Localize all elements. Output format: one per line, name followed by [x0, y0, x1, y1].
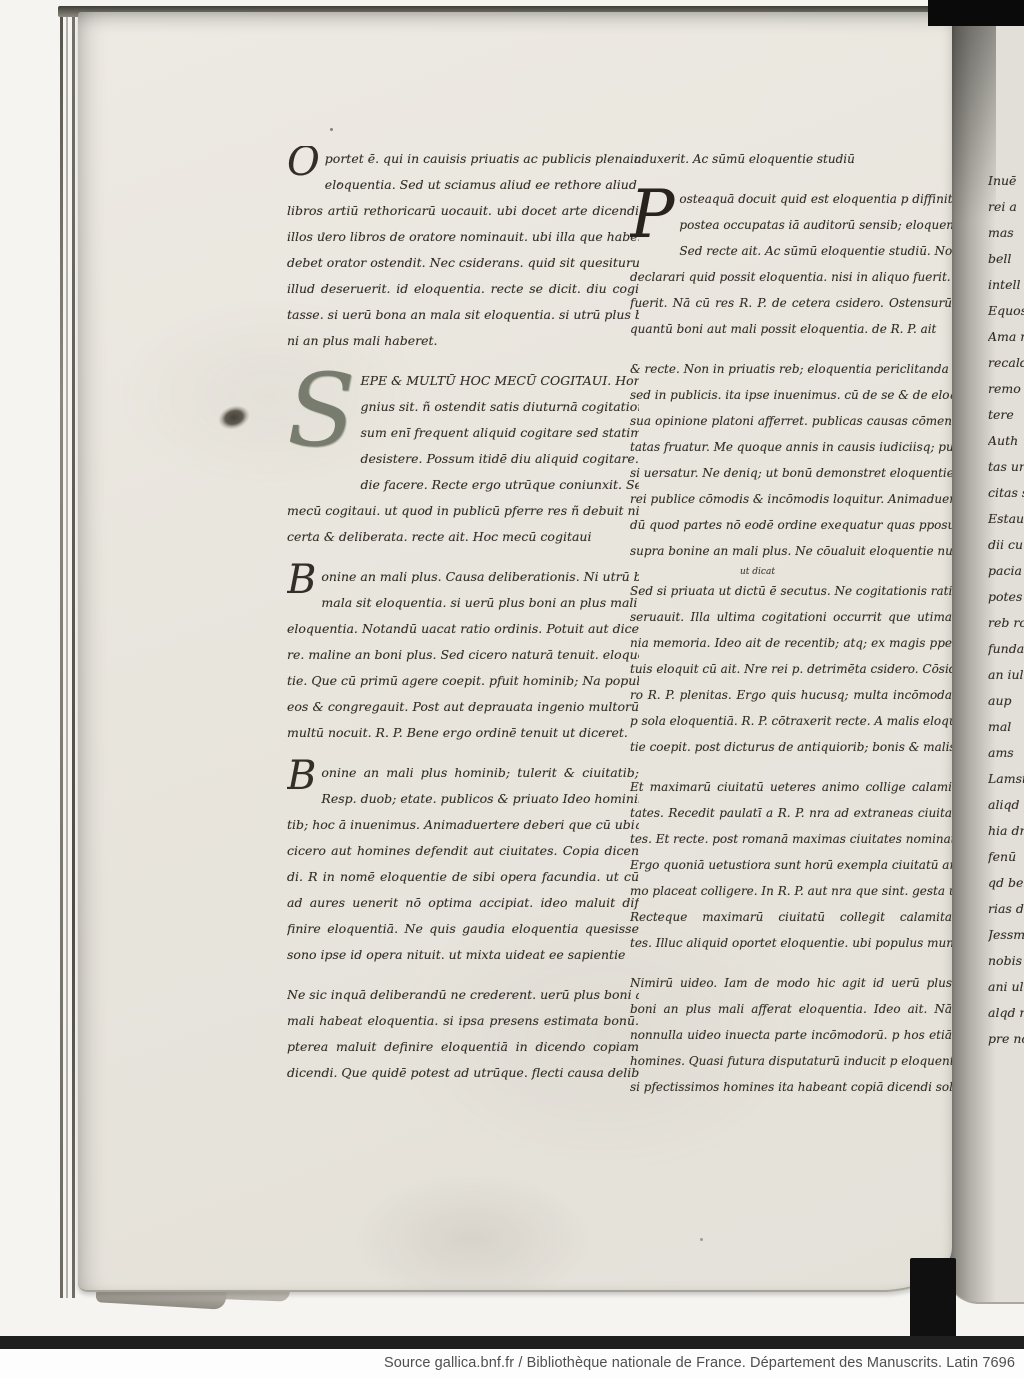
manuscript-line: nonnulla uideo inuecta parte incōmodorū.…: [630, 1022, 952, 1048]
text-column-1: Oportet ē. qui in cauisis priuatis ac pu…: [287, 146, 639, 1106]
fragment-line: Lamstr: [988, 766, 1024, 792]
manuscript-line: tie. Que cū primū agere coepit. pfuit ho…: [287, 668, 639, 694]
manuscript-line: si pfectissimos homines ita habeant copi…: [630, 1074, 952, 1100]
manuscript-line: tie coepit. post dicturus de antiquiorib…: [630, 734, 952, 760]
manuscript-line: tasse. si uerū bona an mala sit eloquent…: [287, 302, 639, 328]
fragment-line: Inuē: [988, 168, 1024, 194]
manuscript-line: sono ipse id opera nituit. ut mixta uide…: [287, 942, 639, 968]
fragment-line: rei a: [988, 194, 1024, 220]
fragment-line: Auth: [988, 428, 1024, 454]
manuscript-line: tib; hoc ā inuenimus. Animaduertere debe…: [287, 812, 639, 838]
illuminated-initial-P: P: [630, 188, 674, 256]
manuscript-line: tes. Illuc aliquid oportet eloquentie. u…: [630, 930, 952, 956]
manuscript-line: dū quod partes nō eodē ordine exequatur …: [630, 512, 952, 538]
manuscript-line: sed in publicis. ita ipse inuenimus. cū …: [630, 382, 952, 408]
manuscript-line: rei publice cōmodis & incōmodis loquitur…: [630, 486, 952, 512]
fragment-line: fenū: [988, 844, 1024, 870]
manuscript-line: Ergo quoniā uetustiora sunt horū exempla…: [630, 852, 952, 878]
manuscript-line: illud deseruerit. id eloquentia. recte s…: [287, 276, 639, 302]
fragment-line: citas se: [988, 480, 1024, 506]
manuscript-line: tes. Et recte. post romanā maximas ciuit…: [630, 826, 952, 852]
bookmark-ribbon-top: [928, 0, 1024, 26]
caption-bar: Source gallica.bnf.fr / Bibliothèque nat…: [0, 1349, 1024, 1378]
manuscript-line: seruauit. Illa ultima cogitationi occurr…: [630, 604, 952, 630]
fragment-line: mas: [988, 220, 1024, 246]
fragment-line: an iul: [988, 662, 1024, 688]
manuscript-paragraph: Ne sic inquā deliberandū ne crederent. u…: [287, 982, 639, 1086]
fragment-line: aup: [988, 688, 1024, 714]
fragment-line: ams: [988, 740, 1024, 766]
manuscript-paragraph: Bonine an mali plus hominib; tulerit & c…: [287, 760, 639, 968]
gallica-caption: Source gallica.bnf.fr / Bibliothèque nat…: [384, 1349, 1015, 1378]
interlinear-note: ut dicat: [740, 568, 775, 577]
manuscript-line: re. maline an boni plus. Sed cicero natu…: [287, 642, 639, 668]
manuscript-paragraph: & recte. Non in priuatis reb; eloquentia…: [630, 356, 952, 564]
manuscript-line: onine an mali plus. Causa deliberationis…: [287, 564, 639, 590]
fragment-line: bell: [988, 246, 1024, 272]
manuscript-line: postea occupatas iā auditorū sensib; elo…: [630, 212, 952, 238]
manuscript-line: Recteque maximarū ciuitatū collegit cala…: [630, 904, 952, 930]
book-left-edge: [60, 8, 63, 1298]
manuscript-line: Ne sic inquā deliberandū ne crederent. u…: [287, 982, 639, 1008]
manuscript-paragraph: Nimirū uideo. Iam de modo hic agit id ue…: [630, 970, 952, 1100]
manuscript-paragraph: induxerit. Ac sūmū eloquentie studiū: [630, 146, 952, 172]
fragment-line: Ama m: [988, 324, 1024, 350]
manuscript-line: ad aures uenerit nō optima accipiat. ide…: [287, 890, 639, 916]
manuscript-line: Nimirū uideo. Iam de modo hic agit id ue…: [630, 970, 952, 996]
manuscript-line: mali habeat eloquentia. si ipsa presens …: [287, 1008, 639, 1034]
manuscript-line: multū nocuit. R. P. Bene ergo ordinē ten…: [287, 720, 639, 746]
fragment-line: aliqd p: [988, 792, 1024, 818]
manuscript-line: die facere. Recte ergo utrūque coniunxit…: [287, 472, 639, 498]
fragment-line: dii cu: [988, 532, 1024, 558]
fragment-line: tas url: [988, 454, 1024, 480]
manuscript-line: certa & deliberata. recte ait. Hoc mecū …: [287, 524, 639, 550]
fragment-line: recald: [988, 350, 1024, 376]
illuminated-initial-O: O: [287, 146, 320, 190]
photo-bottom-band: [0, 1336, 1024, 1349]
fragment-line: ani uluere: [988, 974, 1024, 1000]
manuscript-line: tatas fruatur. Me quoque annis in causis…: [630, 434, 952, 460]
text-column-2: induxerit. Ac sūmū eloquentie studiūPost…: [630, 146, 952, 1106]
fragment-line: alqd nob: [988, 1000, 1024, 1026]
manuscript-line: & recte. Non in priuatis reb; eloquentia…: [630, 356, 952, 382]
manuscript-line: si uersatur. Ne deniq; ut bonū demonstre…: [630, 460, 952, 486]
page-stack-edge: [72, 8, 75, 1298]
manuscript-line: pterea maluit definire eloquentiā in dic…: [287, 1034, 639, 1060]
manuscript-line: eloquentia. Sed ut sciamus aliud ee reth…: [287, 172, 639, 198]
fragment-line: Estau: [988, 506, 1024, 532]
ink-speck: [330, 128, 333, 131]
manuscript-line: eloquentia. Notandū uacat ratio ordinis.…: [287, 616, 639, 642]
manuscript-line: declarari quid possit eloquentia. nisi i…: [630, 264, 952, 290]
manuscript-paragraph: Bonine an mali plus. Causa deliberationi…: [287, 564, 639, 746]
manuscript-line: di. R in nomē eloquentie de sibi opera f…: [287, 864, 639, 890]
fragment-line: rias de: [988, 896, 1024, 922]
manuscript-scan-view: Oportet ē. qui in cauisis priuatis ac pu…: [0, 0, 1024, 1378]
facing-page-text-fragments: Inuērei amasbellintellEquosAma mrecaldre…: [988, 168, 1024, 1068]
manuscript-paragraph: ut dicatSed si priuata ut dictū ē secutu…: [630, 578, 952, 760]
fragment-line: remo: [988, 376, 1024, 402]
manuscript-paragraph: Posteaquā docuit quid est eloquentia p d…: [630, 186, 952, 342]
manuscript-line: dicendi. Que quidē potest ad utrūque. fl…: [287, 1060, 639, 1086]
manuscript-line: homines. Quasi futura disputaturū induci…: [630, 1048, 952, 1074]
bookmark-ribbon-bottom: [910, 1258, 956, 1336]
manuscript-line: ni an plus mali haberet.: [287, 328, 639, 354]
fragment-line: tere: [988, 402, 1024, 428]
fragment-line: hia dr: [988, 818, 1024, 844]
manuscript-line: debet orator ostendit. Nec csiderans. qu…: [287, 250, 639, 276]
fragment-line: qd bella: [988, 870, 1024, 896]
manuscript-paragraph: SEPE & MULTŪ HOC MECŪ COGITAUI. Horū sig…: [287, 368, 639, 550]
fragment-line: pre nob am: [988, 1026, 1024, 1052]
manuscript-line: Sed si priuata ut dictū ē secutus. Ne co…: [630, 578, 952, 604]
manuscript-line: p sola eloquentiā. R. P. cōtraxerit rect…: [630, 708, 952, 734]
manuscript-line: Et maximarū ciuitatū ueteres animo colli…: [630, 774, 952, 800]
manuscript-paragraph: Oportet ē. qui in cauisis priuatis ac pu…: [287, 146, 639, 354]
fragment-line: intell: [988, 272, 1024, 298]
manuscript-paragraph: Et maximarū ciuitatū ueteres animo colli…: [630, 774, 952, 956]
manuscript-line: quantū boni aut mali possit eloquentia. …: [630, 316, 952, 342]
manuscript-line: mo placeat colligere. In R. P. aut nra q…: [630, 878, 952, 904]
fragment-line: nobis dr: [988, 948, 1024, 974]
manuscript-line: fuerit. Nā cū res R. P. de cetera csider…: [630, 290, 952, 316]
manuscript-line: cicero aut homines defendit aut ciuitate…: [287, 838, 639, 864]
manuscript-line: illos uero libros de oratore nominauit. …: [287, 224, 639, 250]
illuminated-initial-S: S: [287, 370, 356, 474]
manuscript-line: ro R. P. plenitas. Ergo quis hucusq; mul…: [630, 682, 952, 708]
manuscript-line: boni an plus mali afferat eloquentia. Id…: [630, 996, 952, 1022]
fragment-line: fundat: [988, 636, 1024, 662]
manuscript-line: mecū cogitaui. ut quod in publicū pferre…: [287, 498, 639, 524]
fragment-line: reb rom: [988, 610, 1024, 636]
illuminated-initial-B: B: [287, 760, 316, 804]
page-stack-edge: [66, 8, 68, 1298]
fragment-line: Equos: [988, 298, 1024, 324]
manuscript-line: eos & congregauit. Post aut deprauata in…: [287, 694, 639, 720]
illuminated-initial-B: B: [287, 564, 316, 608]
manuscript-line: osteaquā docuit quid est eloquentia p di…: [630, 186, 952, 212]
manuscript-line: mala sit eloquentia. si uerū plus boni a…: [287, 590, 639, 616]
manuscript-line: portet ē. qui in cauisis priuatis ac pub…: [287, 146, 639, 172]
manuscript-line: induxerit. Ac sūmū eloquentie studiū: [630, 146, 952, 172]
manuscript-line: onine an mali plus hominib; tulerit & ci…: [287, 760, 639, 786]
fragment-line: pacia: [988, 558, 1024, 584]
fragment-line: mal: [988, 714, 1024, 740]
fragment-line: Jessma: [988, 922, 1024, 948]
manuscript-line: tuis eloquit cū ait. Nre rei p. detrimēt…: [630, 656, 952, 682]
fragment-line: potes: [988, 584, 1024, 610]
ink-speck: [700, 1238, 703, 1241]
manuscript-line: Sed recte ait. Ac sūmū eloquentie studiū…: [630, 238, 952, 264]
manuscript-line: supra bonine an mali plus. Ne cōualuit e…: [630, 538, 952, 564]
manuscript-line: nia memoria. Ideo ait de recentib; atq; …: [630, 630, 952, 656]
manuscript-line: tates. Recedit paulatī a R. P. nra ad ex…: [630, 800, 952, 826]
manuscript-line: finire eloquentiā. Ne quis gaudia eloque…: [287, 916, 639, 942]
manuscript-line: sua opinione platoni afferret. publicas …: [630, 408, 952, 434]
manuscript-line: Resp. duob; etate. publicos & priuato Id…: [287, 786, 639, 812]
manuscript-photo: Oportet ē. qui in cauisis priuatis ac pu…: [0, 0, 1024, 1336]
manuscript-line: libros artiū rethoricarū uocauit. ubi do…: [287, 198, 639, 224]
